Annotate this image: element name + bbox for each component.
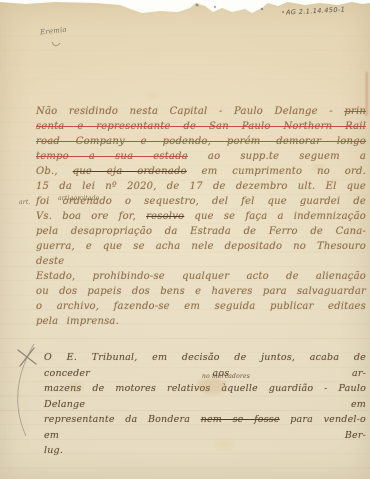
- text-segment: mazens de motores relativos àquelle guar…: [44, 383, 366, 410]
- text-segment: 15 da lei nº 2020, de 17 de dezembro ult…: [36, 181, 366, 192]
- manuscript-line: ou dos papeis dos bens e haveres para sa…: [36, 284, 366, 299]
- manuscript-line: lug.: [44, 443, 366, 459]
- text-segment: pela desapropriação da Estrada de Ferro …: [36, 226, 366, 237]
- text-segment: ao supp.te seguem a: [208, 151, 366, 162]
- text-segment: lug.: [44, 445, 63, 456]
- red-struck-text: tempo a sua estada: [36, 151, 188, 162]
- manuscript-line: o archivo, fazendo-se em seguida publica…: [36, 299, 366, 314]
- text-segment: ou dos papeis dos bens e haveres para sa…: [36, 286, 366, 297]
- manuscript-paragraph-1: Não residindo nesta Capital - Paulo Dela…: [36, 104, 366, 329]
- text-segment: em cumprimento no ord.: [202, 166, 366, 177]
- text-segment: o archivo, fazendo-se em seguida publica…: [36, 301, 366, 312]
- manuscript-line: Ob., que eja ordenado em cumprimento no …: [36, 164, 366, 179]
- edge-speck: [214, 6, 216, 8]
- manuscript-line: Não residindo nesta Capital - Paulo Dela…: [36, 104, 366, 119]
- manuscript-line: Estado, prohibindo-se qualquer acto de a…: [36, 269, 366, 284]
- manuscript-line: pela imprensa.: [36, 314, 366, 329]
- red-struck-text: senta e representante de San Paulo North…: [36, 121, 366, 132]
- text-segment: Não residindo nesta Capital - Paulo Dela…: [36, 106, 333, 117]
- text-segment: Estado, prohibindo-se qualquer acto de a…: [36, 271, 366, 282]
- manuscript-line: mazens de motores relativos àquelle guar…: [44, 381, 366, 412]
- interline-note: artigo citado: [58, 195, 99, 202]
- red-struck-text: road Company e podendo, porém demorar lo…: [36, 136, 366, 147]
- manuscript-line: Vs. boa ore for, resolvo que se faça a i…: [36, 209, 366, 224]
- text-segment: Vs. boa ore for,: [36, 211, 136, 222]
- manuscript-line: 15 da lei nº 2020, de 17 de dezembro ult…: [36, 179, 366, 194]
- text-segment: guerra, e que se acha nele depositado no…: [36, 241, 366, 267]
- manuscript-line: senta e representante de San Paulo North…: [36, 119, 366, 134]
- manuscript-line: pela desapropriação da Estrada de Ferro …: [36, 224, 366, 239]
- manuscript-line: road Company e podendo, porém demorar lo…: [36, 134, 366, 149]
- text-segment: pela imprensa.: [36, 316, 119, 327]
- ink-struck-text: nem se fosse: [201, 414, 280, 425]
- text-segment: que se faça a indemnização: [194, 211, 366, 222]
- margin-note: art.: [19, 199, 31, 206]
- manuscript-paragraph-2: O E. Tribunal, em decisão de juntos, aca…: [44, 350, 366, 459]
- manuscript-line: tempo a sua estada ao supp.te seguem a: [36, 149, 366, 164]
- manuscript-line: guerra, e que se acha nele depositado no…: [36, 239, 366, 269]
- scanned-manuscript-page: Eremia AG 2.1.14.450-1 Não residindo nes…: [0, 0, 370, 479]
- ink-struck-text: resolvo: [146, 211, 184, 222]
- text-segment: O E. Tribunal, em decisão de juntos, aca…: [44, 352, 366, 379]
- red-struck-text: prin: [344, 106, 366, 117]
- text-segment: representante da Bondera: [44, 414, 190, 425]
- manuscript-line: O E. Tribunal, em decisão de juntos, aca…: [44, 350, 366, 381]
- text-segment: Ob.,: [36, 166, 58, 177]
- manuscript-line: representante da Bondera nem se fosse pa…: [44, 412, 366, 443]
- ink-struck-text: que eja ordenado: [73, 166, 187, 177]
